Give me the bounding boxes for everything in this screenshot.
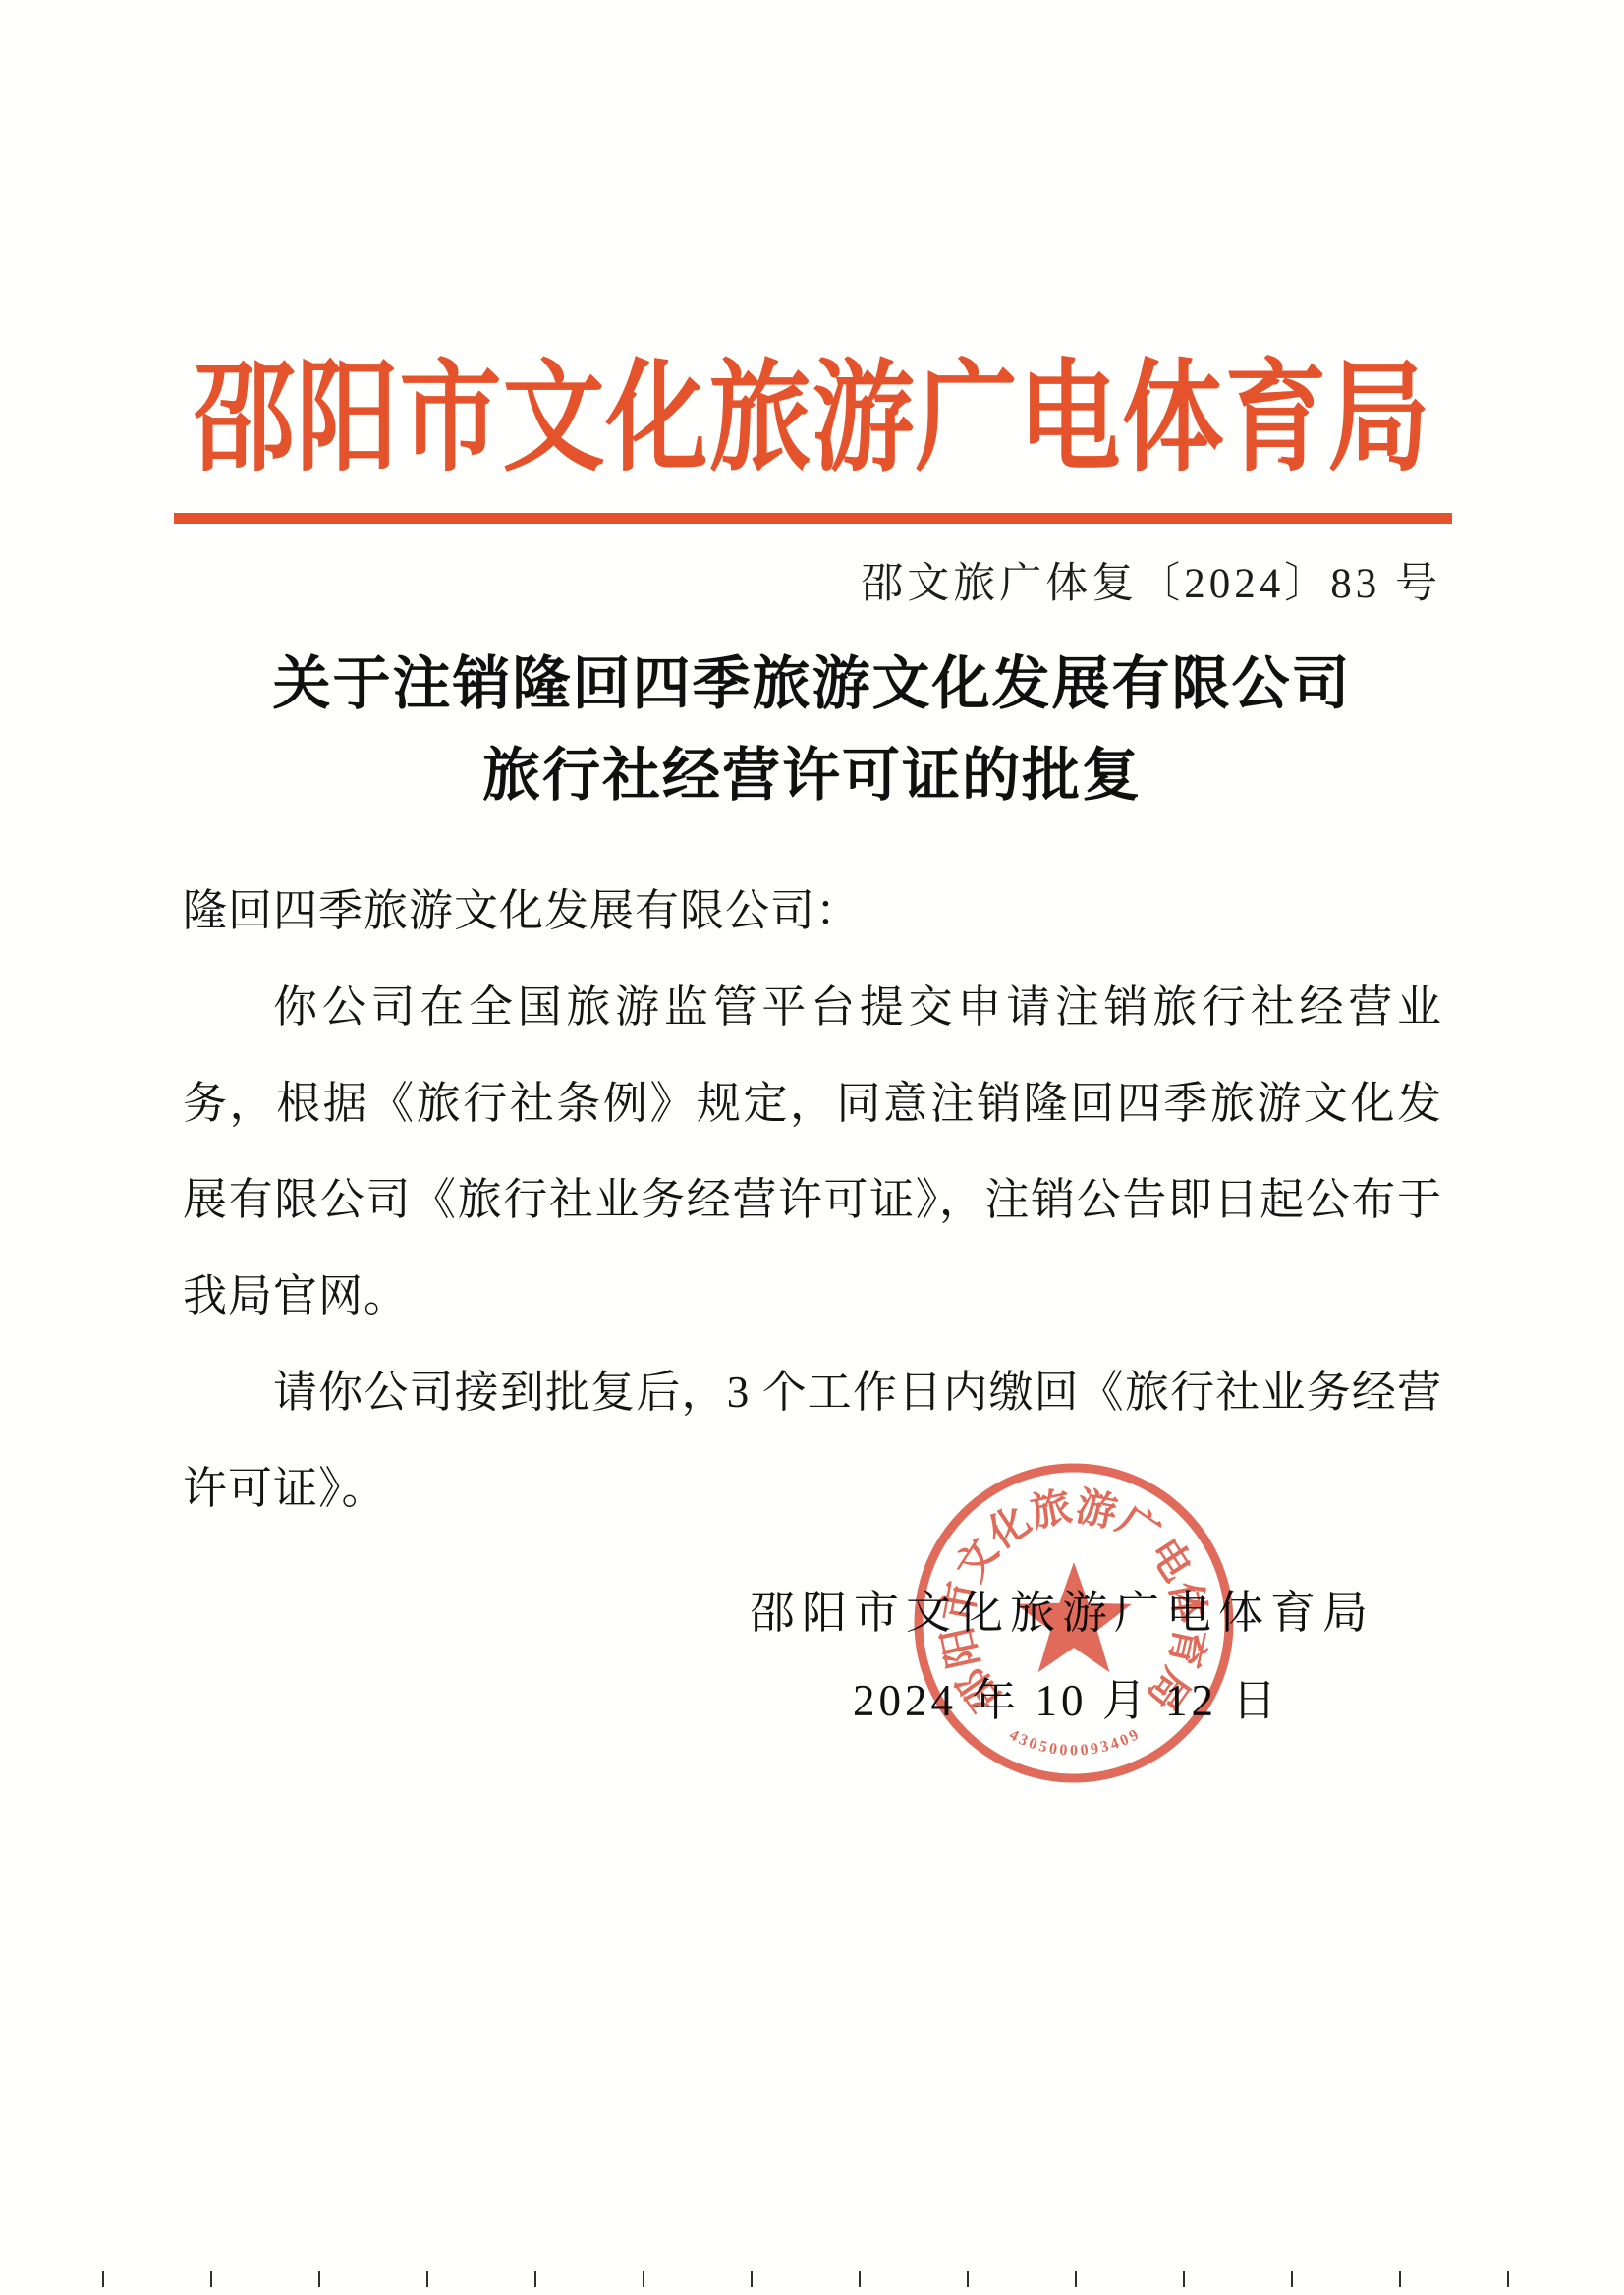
document-page: 邵阳市文化旅游广电体育局 邵文旅广体复〔2024〕83 号 关于注销隆回四季旅游… bbox=[0, 0, 1624, 2295]
doc-number: 邵文旅广体复〔2024〕83 号 bbox=[861, 550, 1441, 610]
svg-text:旅: 旅 bbox=[1027, 1483, 1075, 1536]
svg-text:0: 0 bbox=[1059, 1742, 1068, 1760]
svg-text:0: 0 bbox=[1080, 1742, 1089, 1760]
svg-text:5: 5 bbox=[1037, 1738, 1049, 1756]
body-line: 你公司在全国旅游监管平台提交申请注销旅行社经营业 bbox=[183, 959, 1442, 1055]
svg-text:体: 体 bbox=[1162, 1578, 1214, 1626]
seal-number: 4305000093409 bbox=[1006, 1726, 1141, 1759]
red-star-icon bbox=[1016, 1562, 1132, 1672]
body-line: 请你公司接到批复后，3 个工作日内缴回《旅行社业务经营 bbox=[183, 1344, 1442, 1440]
official-seal: 邵阳市文化旅游广电体育局 4305000093409 bbox=[907, 1456, 1241, 1790]
red-divider-line bbox=[174, 513, 1452, 524]
body-line: 展有限公司《旅行社业务经营许可证》，注销公告即日起公布于 bbox=[183, 1151, 1442, 1248]
agency-header: 邵阳市文化旅游广电体育局 bbox=[0, 320, 1624, 494]
doc-title: 关于注销隆回四季旅游文化发展有限公司 旅行社经营许可证的批复 bbox=[0, 639, 1624, 821]
body-line: 我局官网。 bbox=[183, 1248, 1442, 1344]
body-text: 隆回四季旅游文化发展有限公司： 你公司在全国旅游监管平台提交申请注销旅行社经营业… bbox=[183, 863, 1442, 1537]
addressee-line: 隆回四季旅游文化发展有限公司： bbox=[183, 863, 1442, 959]
svg-text:9: 9 bbox=[1090, 1740, 1100, 1758]
svg-text:局: 局 bbox=[1139, 1660, 1199, 1719]
body-line: 务，根据《旅行社条例》规定，同意注销隆回四季旅游文化发 bbox=[183, 1055, 1442, 1151]
svg-text:0: 0 bbox=[1070, 1743, 1078, 1760]
doc-title-line1: 关于注销隆回四季旅游文化发展有限公司 bbox=[0, 639, 1624, 730]
body-line: 许可证》。 bbox=[183, 1440, 1442, 1537]
svg-text:阳: 阳 bbox=[934, 1623, 987, 1672]
doc-title-line2: 旅行社经营许可证的批复 bbox=[0, 730, 1624, 821]
svg-text:0: 0 bbox=[1048, 1740, 1059, 1758]
